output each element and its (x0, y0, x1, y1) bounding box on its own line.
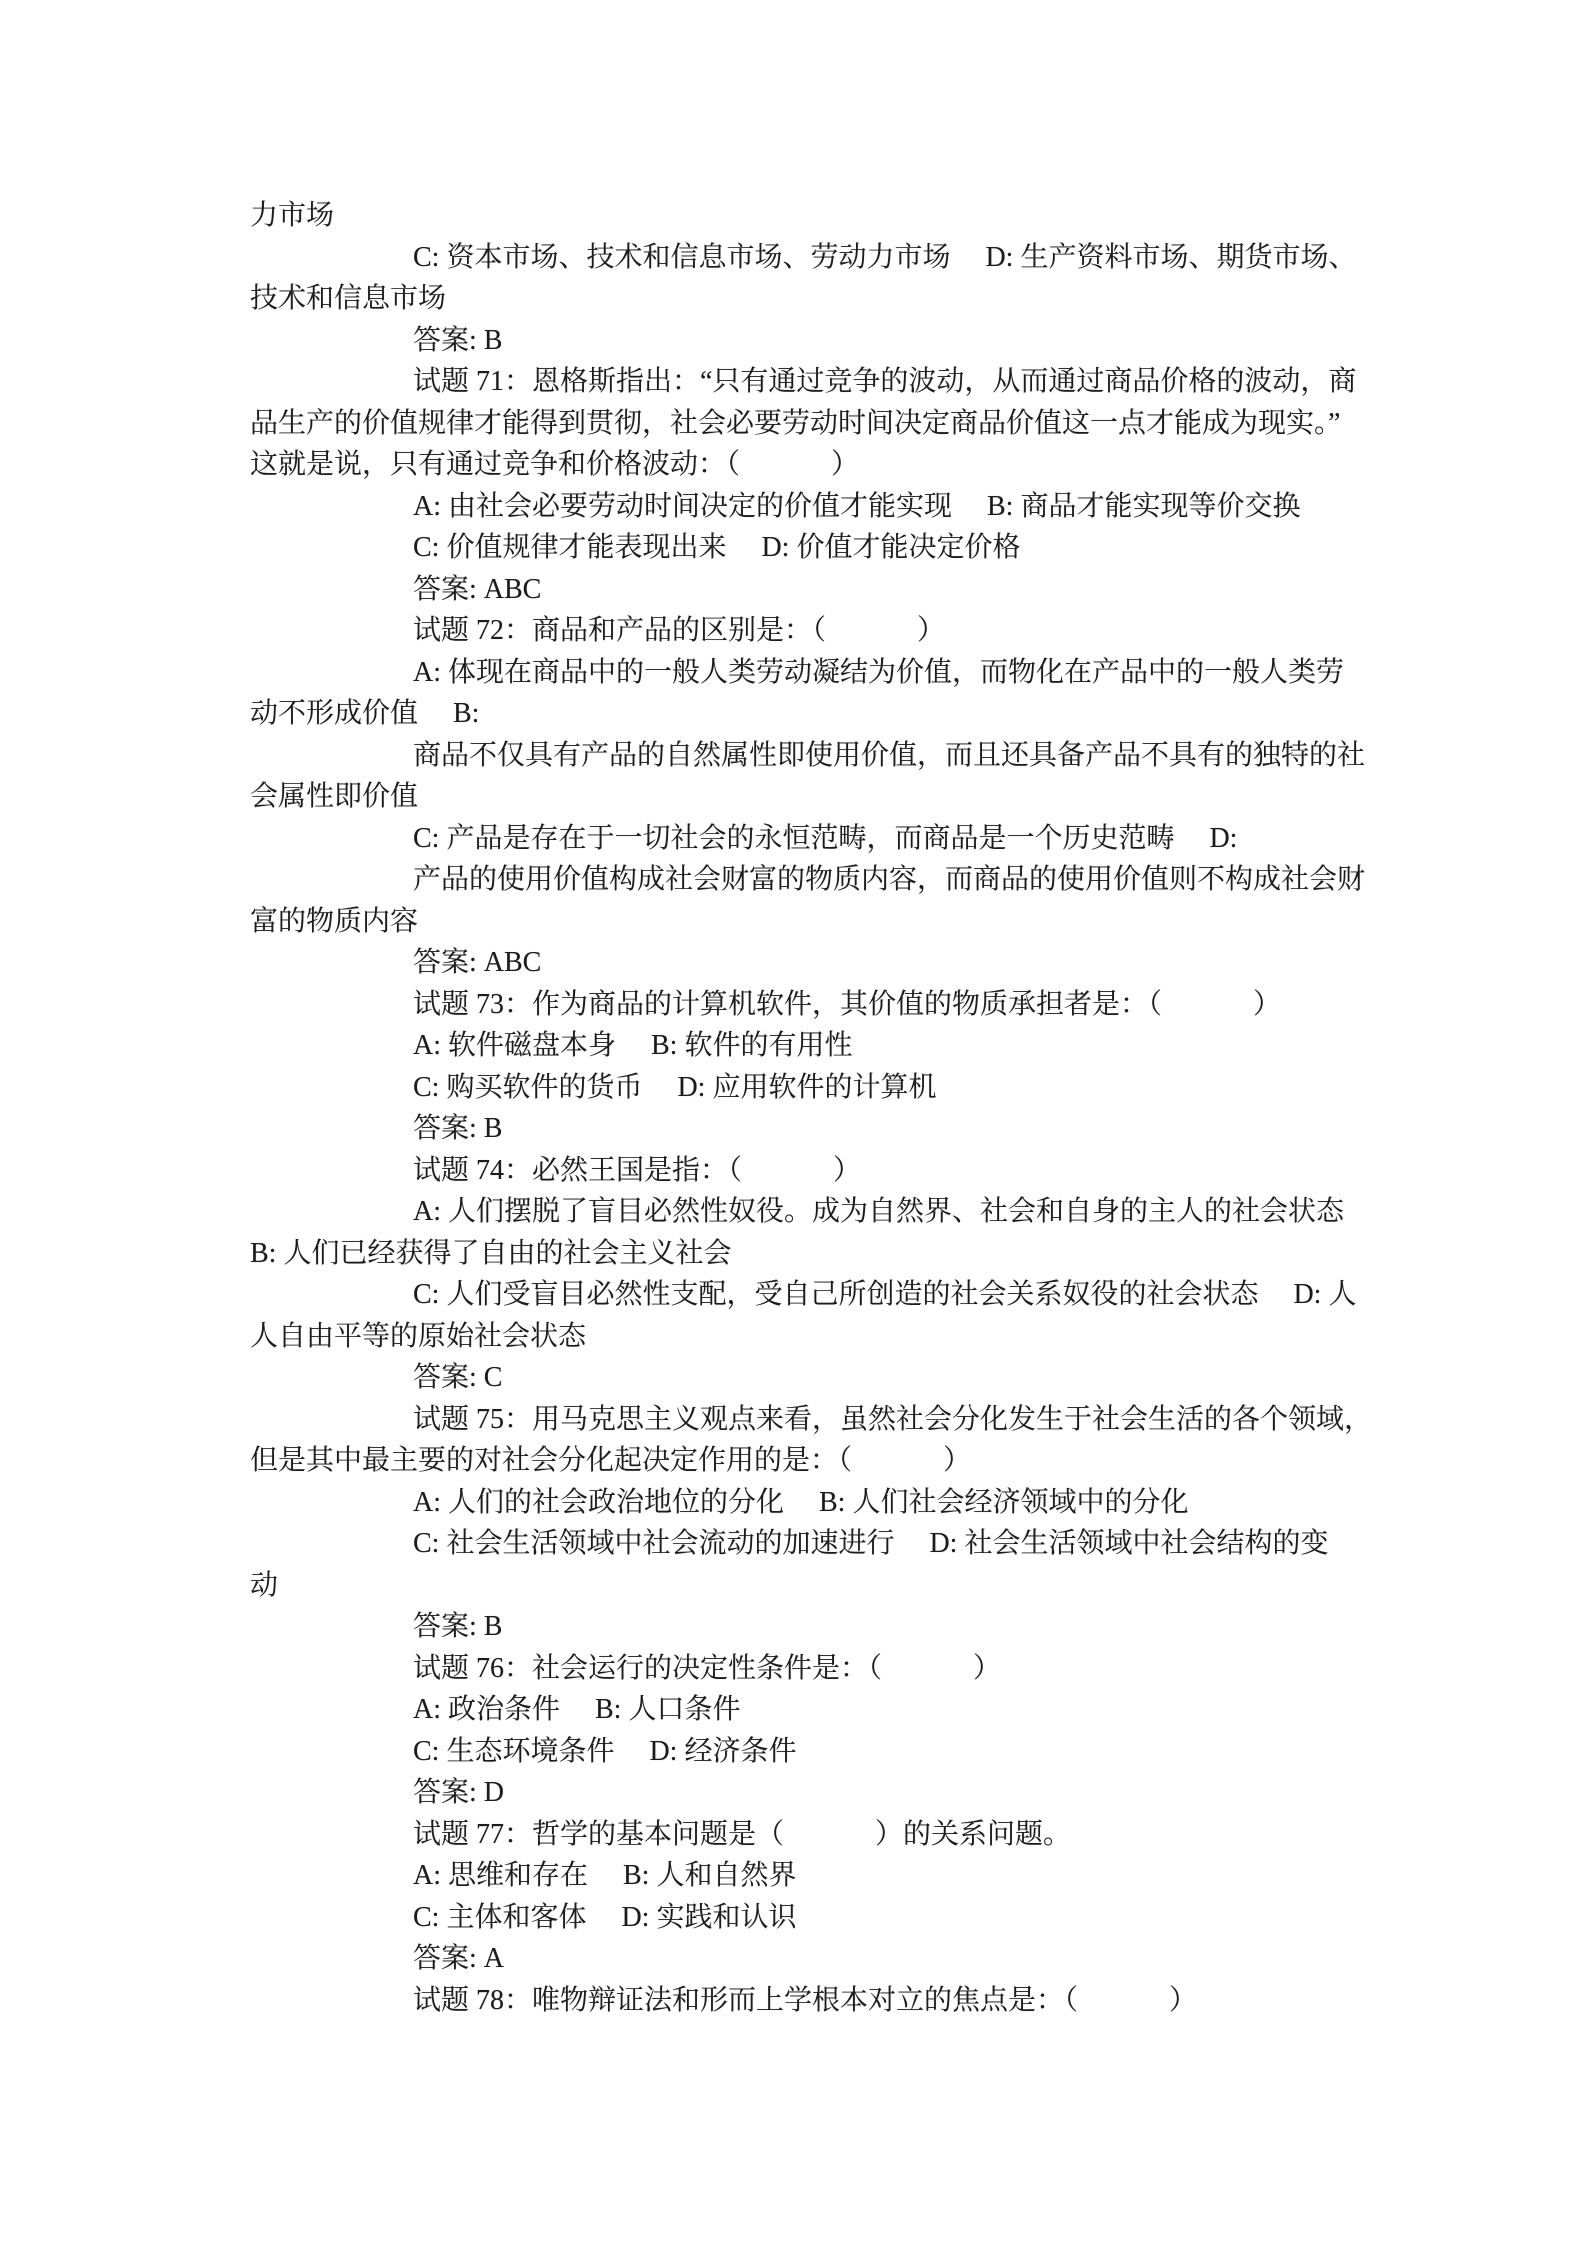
question-line: 试题 73：作为商品的计算机软件，其价值的物质承担者是：（ ） (250, 984, 1354, 1026)
answer-line: 答案: A (250, 1938, 1354, 1980)
options-line: C: 资本市场、技术和信息市场、劳动力市场 D: 生产资料市场、期货市场、 (250, 237, 1354, 279)
options-line: C: 产品是存在于一切社会的永恒范畴，而商品是一个历史范畴 D: (250, 818, 1354, 860)
options-line: A: 思维和存在 B: 人和自然界 (250, 1855, 1354, 1897)
answer-line: 答案: B (250, 1606, 1354, 1648)
continuation-line: 富的物质内容 (250, 901, 1354, 943)
question-line: 试题 76：社会运行的决定性条件是：（ ） (250, 1648, 1354, 1690)
continuation-line: 技术和信息市场 (250, 278, 1354, 320)
question-line: 试题 71：恩格斯指出：“只有通过竞争的波动，从而通过商品价格的波动，商 (250, 361, 1354, 403)
answer-line: 答案: ABC (250, 942, 1354, 984)
options-line: C: 主体和客体 D: 实践和认识 (250, 1897, 1354, 1939)
continuation-line: 人自由平等的原始社会状态 (250, 1316, 1354, 1358)
answer-line: 答案: ABC (250, 569, 1354, 611)
options-line: B: 人们已经获得了自由的社会主义社会 (250, 1233, 1354, 1275)
options-line: A: 人们摆脱了盲目必然性奴役。成为自然界、社会和自身的主人的社会状态 (250, 1191, 1354, 1233)
answer-line: 答案: B (250, 320, 1354, 362)
options-line: A: 人们的社会政治地位的分化 B: 人们社会经济领域中的分化 (250, 1482, 1354, 1524)
question-line: 试题 72：商品和产品的区别是：（ ） (250, 610, 1354, 652)
continuation-line: 动 (250, 1565, 1354, 1607)
question-line: 试题 77：哲学的基本问题是（ ）的关系问题。 (250, 1814, 1354, 1856)
continuation-line: 品生产的价值规律才能得到贯彻，社会必要劳动时间决定商品价值这一点才能成为现实。” (250, 403, 1354, 445)
options-line: C: 生态环境条件 D: 经济条件 (250, 1731, 1354, 1773)
options-line: C: 价值规律才能表现出来 D: 价值才能决定价格 (250, 527, 1354, 569)
options-line: A: 由社会必要劳动时间决定的价值才能实现 B: 商品才能实现等价交换 (250, 486, 1354, 528)
continuation-line: 力市场 (250, 195, 1354, 237)
answer-line: 答案: D (250, 1772, 1354, 1814)
continuation-line: 动不形成价值 B: (250, 693, 1354, 735)
continuation-line: 会属性即价值 (250, 776, 1354, 818)
answer-line: 答案: C (250, 1357, 1354, 1399)
question-line: 试题 78：唯物辩证法和形而上学根本对立的焦点是：（ ） (250, 1980, 1354, 2022)
continuation-line: 这就是说，只有通过竞争和价格波动：（ ） (250, 444, 1354, 486)
options-line: A: 政治条件 B: 人口条件 (250, 1689, 1354, 1731)
continuation-line: 但是其中最主要的对社会分化起决定作用的是：（ ） (250, 1440, 1354, 1482)
question-line: 试题 74：必然王国是指：（ ） (250, 1150, 1354, 1192)
document-page: 力市场C: 资本市场、技术和信息市场、劳动力市场 D: 生产资料市场、期货市场、… (250, 195, 1354, 2021)
options-line: C: 社会生活领域中社会流动的加速进行 D: 社会生活领域中社会结构的变 (250, 1523, 1354, 1565)
options-line: C: 购买软件的货币 D: 应用软件的计算机 (250, 1067, 1354, 1109)
options-line: A: 软件磁盘本身 B: 软件的有用性 (250, 1025, 1354, 1067)
continuation-line: 产品的使用价值构成社会财富的物质内容，而商品的使用价值则不构成社会财 (250, 859, 1354, 901)
continuation-line: 商品不仅具有产品的自然属性即使用价值，而且还具备产品不具有的独特的社 (250, 735, 1354, 777)
options-line: C: 人们受盲目必然性支配，受自己所创造的社会关系奴役的社会状态 D: 人 (250, 1274, 1354, 1316)
options-line: A: 体现在商品中的一般人类劳动凝结为价值，而物化在产品中的一般人类劳 (250, 652, 1354, 694)
question-line: 试题 75：用马克思主义观点来看，虽然社会分化发生于社会生活的各个领域， (250, 1399, 1354, 1441)
answer-line: 答案: B (250, 1108, 1354, 1150)
